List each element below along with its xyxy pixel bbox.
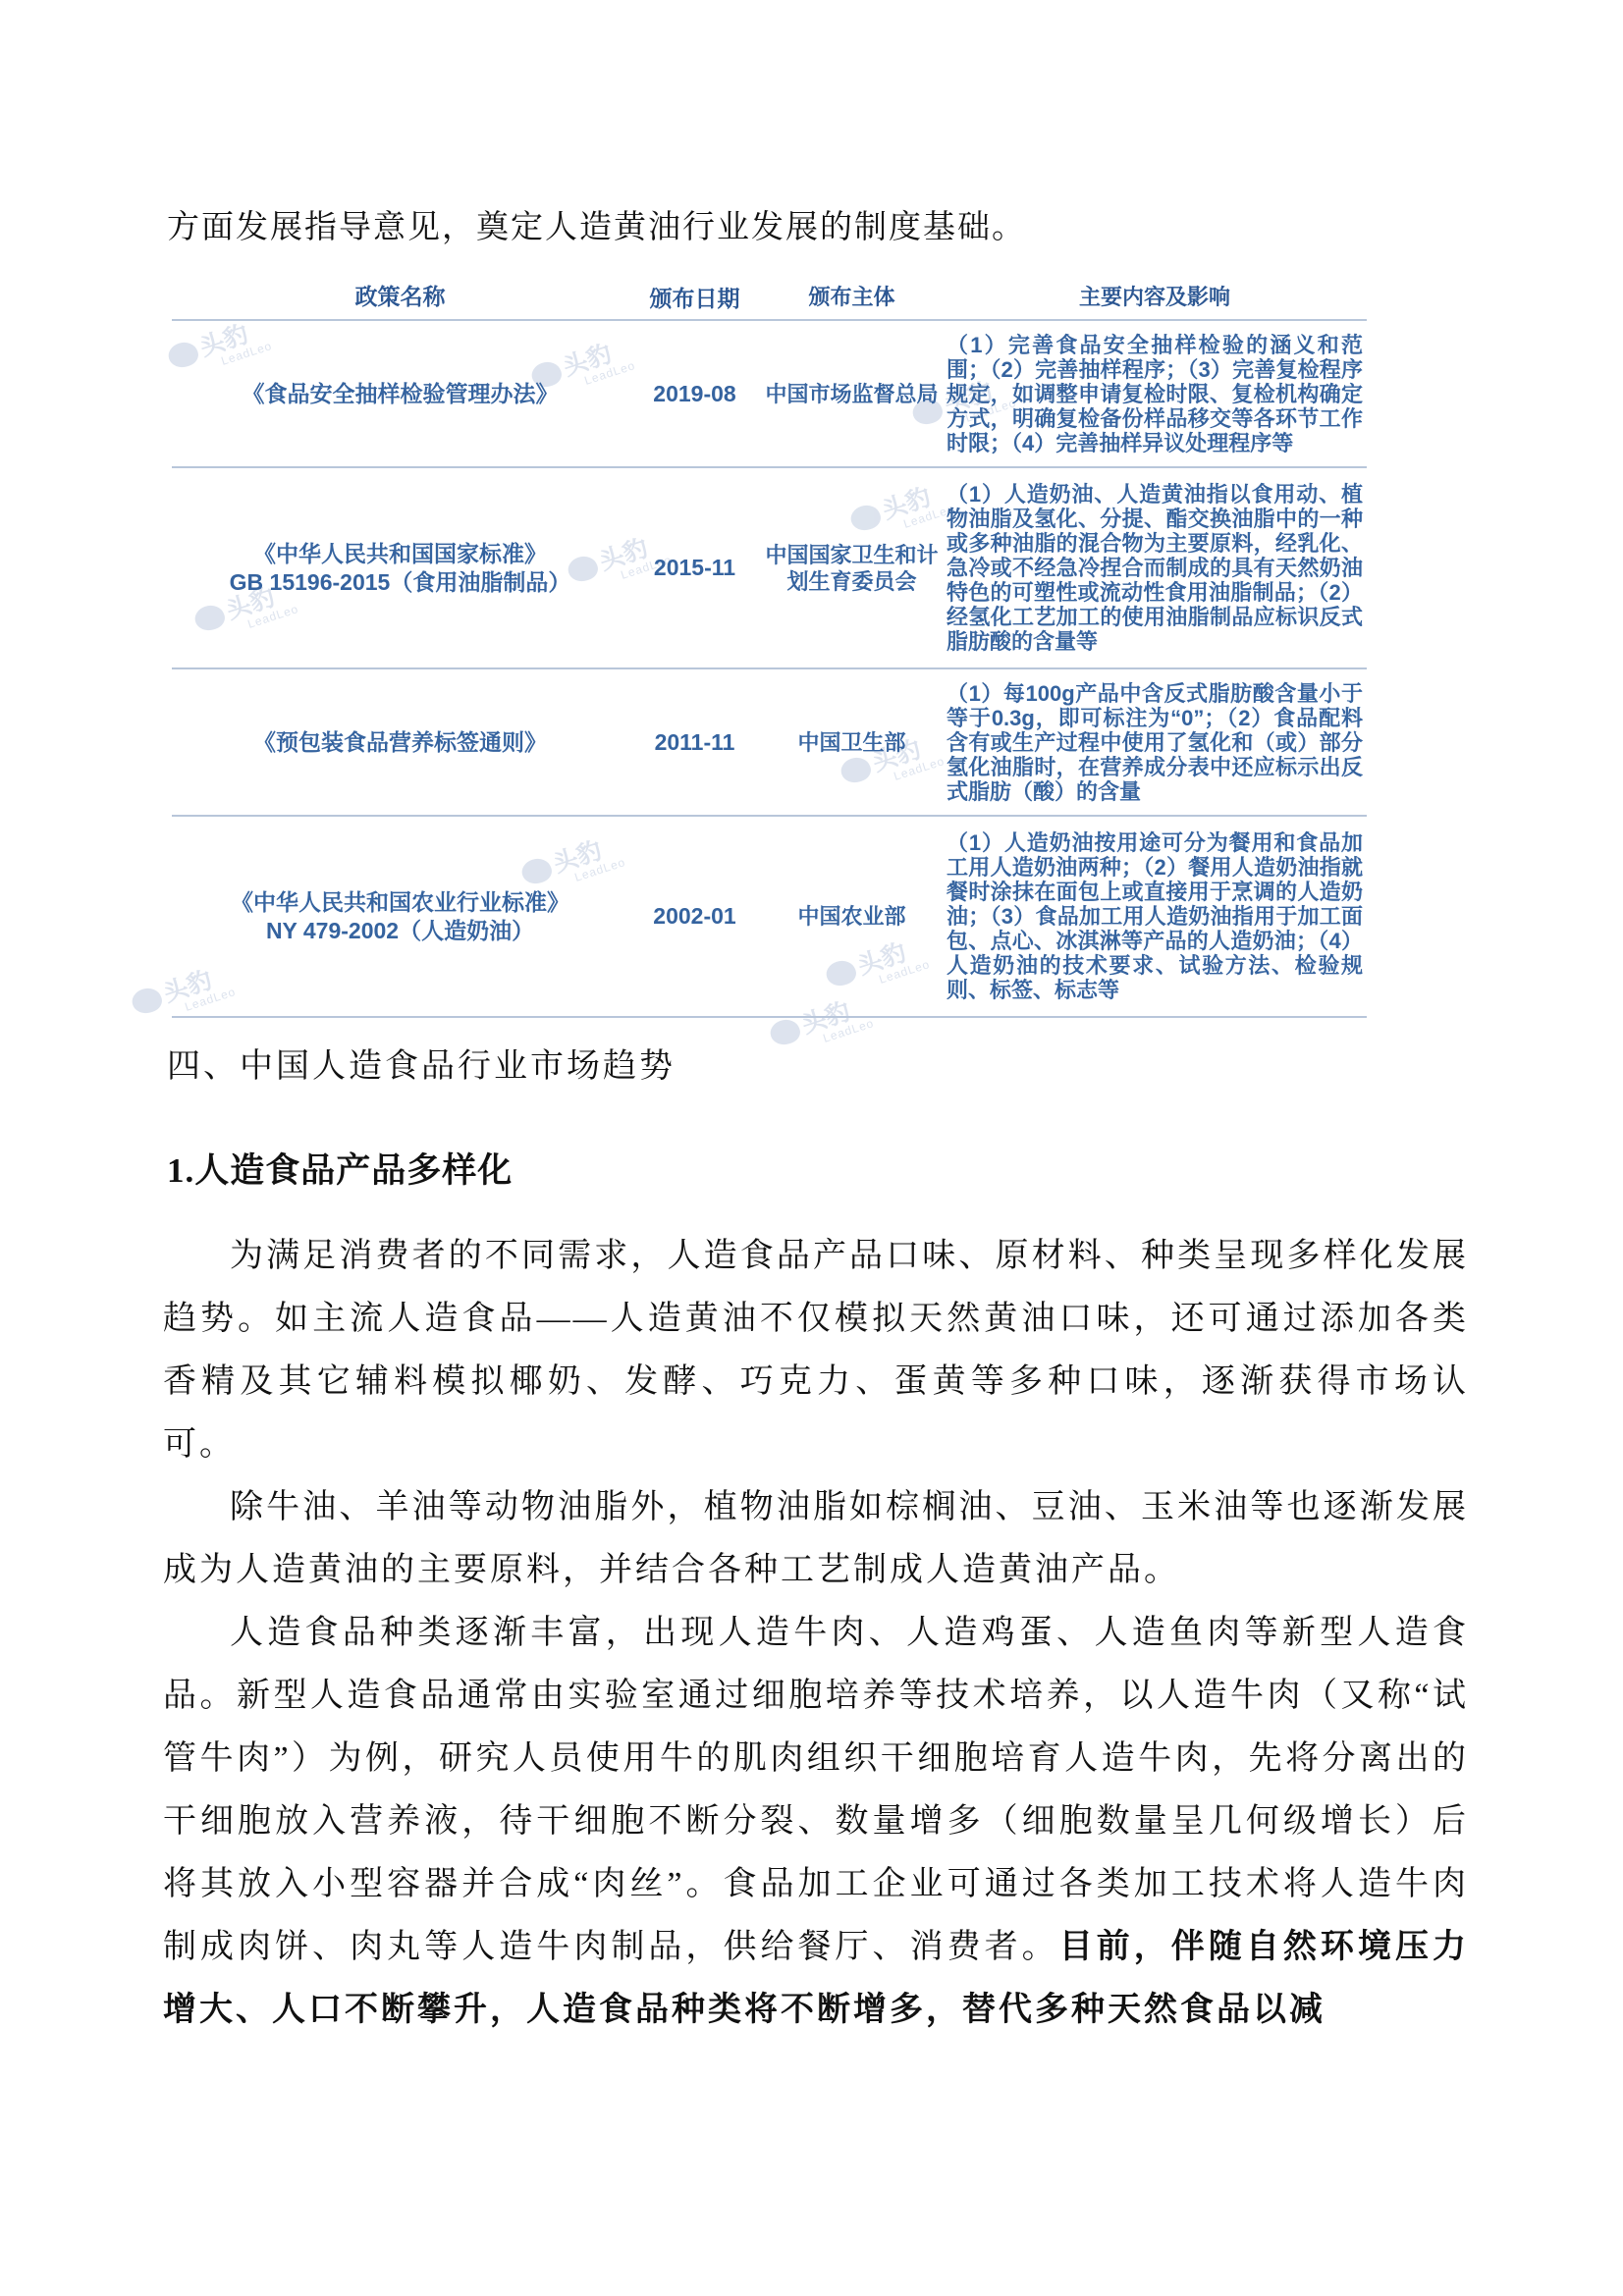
paragraph: 为满足消费者的不同需求，人造食品产品口味、原材料、种类呈现多样化发展趋势。如主流… bbox=[163, 1225, 1469, 1476]
policy-name-cell: 《中华人民共和国农业行业标准》 NY 479-2002（人造奶油） bbox=[172, 886, 628, 947]
section-heading: 四、中国人造食品行业市场趋势 bbox=[167, 1039, 676, 1087]
body-text: 为满足消费者的不同需求，人造食品产品口味、原材料、种类呈现多样化发展趋势。如主流… bbox=[163, 1225, 1469, 2042]
policy-name-cell: 《预包装食品营养标签通则》 bbox=[172, 726, 628, 759]
policy-issuer-cell: 中国市场监督总局 bbox=[761, 379, 943, 409]
policy-date-cell: 2002-01 bbox=[628, 901, 761, 932]
table-row: 《中华人民共和国农业行业标准》 NY 479-2002（人造奶油） 2002-0… bbox=[172, 817, 1367, 1018]
paragraph: 除牛油、羊油等动物油脂外，植物油脂如棕榈油、豆油、玉米油等也逐渐发展成为人造黄油… bbox=[163, 1476, 1469, 1602]
table-row: 《预包装食品营养标签通则》 2011-11 中国卫生部 （1）每100g产品中含… bbox=[172, 669, 1367, 817]
policy-content-cell: （1）每100g产品中含反式脂肪酸含量小于等于0.3g，即可标注为“0”；（2）… bbox=[943, 679, 1367, 806]
policy-content-cell: （1）人造奶油、人造黄油指以食用动、植物油脂及氢化、分提、酯交换油脂中的一种或多… bbox=[943, 480, 1367, 656]
header-main-content: 主要内容及影响 bbox=[943, 283, 1367, 311]
table-row: 《中华人民共和国国家标准》 GB 15196-2015（食用油脂制品） 2015… bbox=[172, 468, 1367, 669]
policy-content-cell: （1）完善食品安全抽样检验的涵义和范围；（2）完善抽样程序；（3）完善复检程序规… bbox=[943, 331, 1367, 457]
policy-date-cell: 2011-11 bbox=[628, 727, 761, 758]
policy-date-cell: 2019-08 bbox=[628, 379, 761, 409]
intro-text: 方面发展指导意见，奠定人造黄油行业发展的制度基础。 bbox=[167, 201, 1483, 247]
subsection-heading: 1.人造食品产品多样化 bbox=[167, 1144, 513, 1193]
policy-table: 政策名称 颁布日期 颁布主体 主要内容及影响 《食品安全抽样检验管理办法》 20… bbox=[172, 275, 1367, 1018]
document-page: 头豹LeadLeo 头豹LeadLeo 头豹LeadLeo 头豹LeadLeo … bbox=[0, 0, 1623, 2296]
table-row: 《食品安全抽样检验管理办法》 2019-08 中国市场监督总局 （1）完善食品安… bbox=[172, 321, 1367, 468]
header-policy-name: 政策名称 bbox=[172, 281, 628, 313]
header-publish-body: 颁布主体 bbox=[761, 282, 943, 312]
policy-content-cell: （1）人造奶油按用途可分为餐用和食品加工用人造奶油两种；（2）餐用人造奶油指就餐… bbox=[943, 828, 1367, 1004]
header-publish-date: 颁布日期 bbox=[628, 279, 761, 315]
policy-name-cell: 《食品安全抽样检验管理办法》 bbox=[172, 378, 628, 410]
paragraph-text: 人造食品种类逐渐丰富，出现人造牛肉、人造鸡蛋、人造鱼肉等新型人造食品。新型人造食… bbox=[163, 1615, 1469, 1965]
table-header-row: 政策名称 颁布日期 颁布主体 主要内容及影响 bbox=[172, 275, 1367, 321]
policy-date-cell: 2015-11 bbox=[628, 553, 761, 583]
policy-issuer-cell: 中国卫生部 bbox=[761, 727, 943, 758]
paragraph: 人造食品种类逐渐丰富，出现人造牛肉、人造鸡蛋、人造鱼肉等新型人造食品。新型人造食… bbox=[163, 1602, 1469, 2042]
policy-issuer-cell: 中国农业部 bbox=[761, 901, 943, 932]
policy-issuer-cell: 中国国家卫生和计划生育委员会 bbox=[761, 540, 943, 597]
policy-name-cell: 《中华人民共和国国家标准》 GB 15196-2015（食用油脂制品） bbox=[172, 538, 628, 599]
